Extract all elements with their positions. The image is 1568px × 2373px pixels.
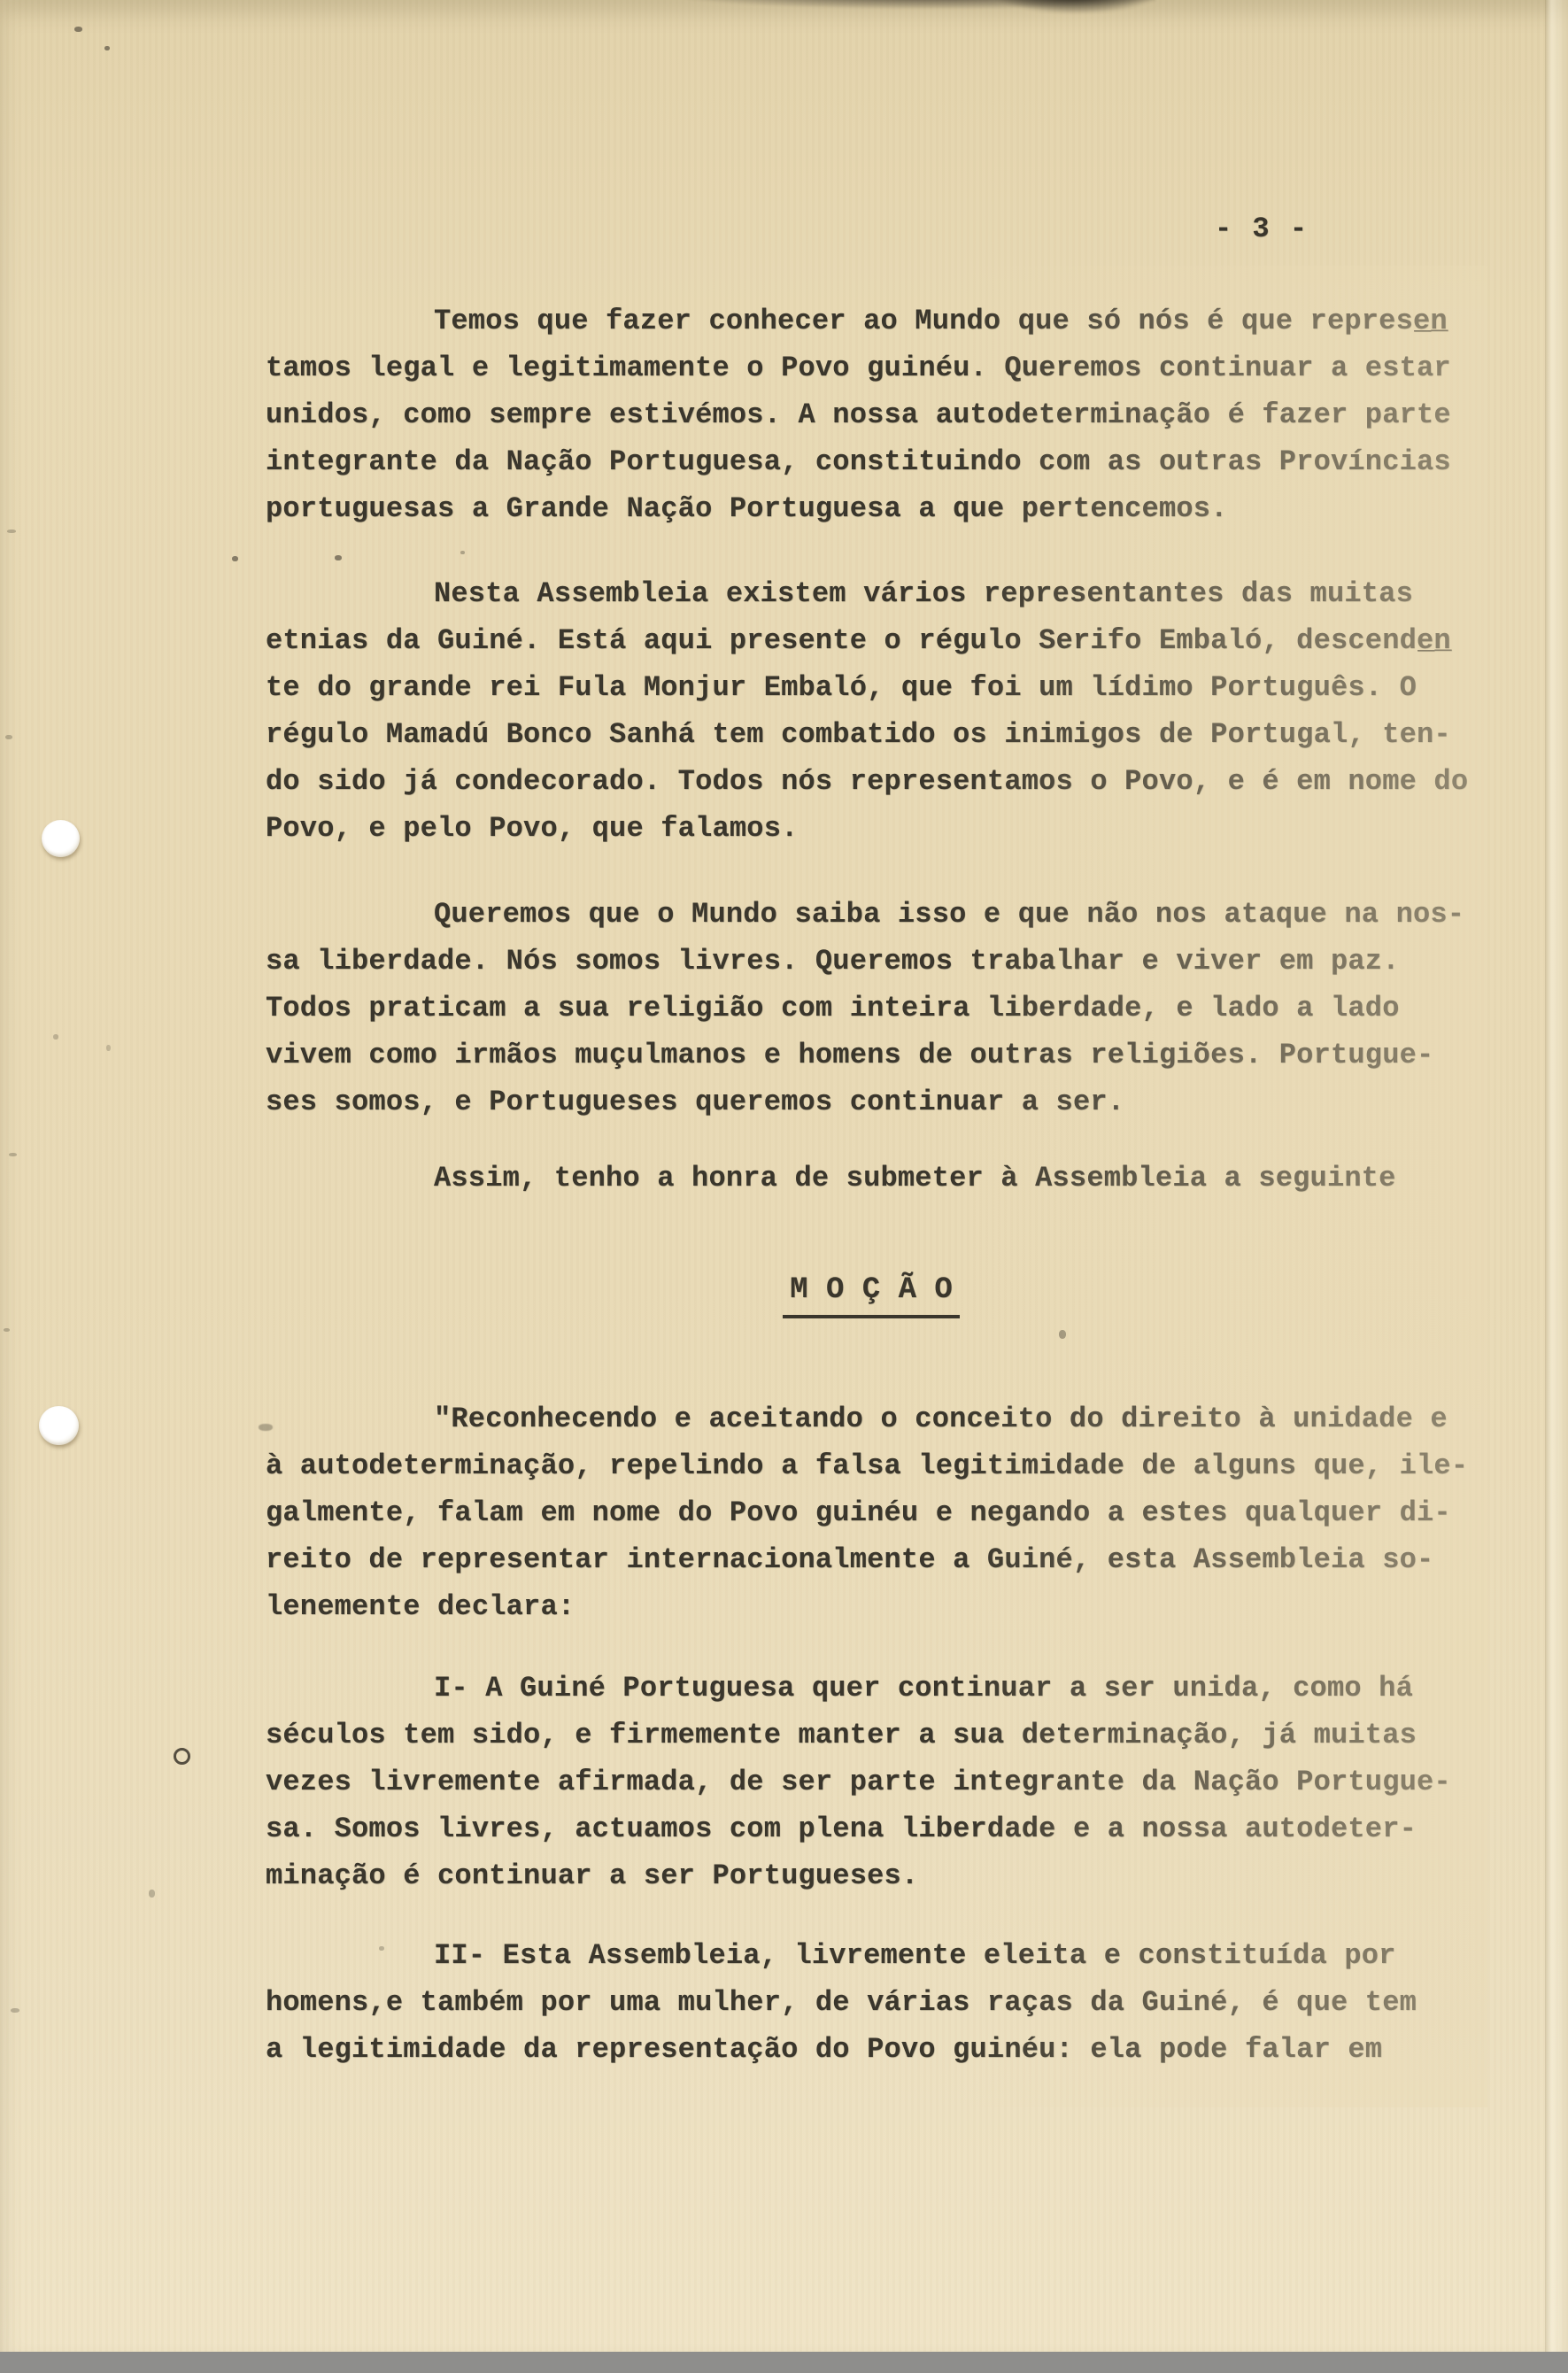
- paragraph-motion-preamble: "Reconhecendo e aceitando o conceito do …: [266, 1395, 1477, 1630]
- edge-speck: [7, 529, 16, 533]
- paragraph-motion-item-2: II- Esta Assembleia, livremente eleita e…: [266, 1932, 1477, 2073]
- margin-speck: [335, 555, 342, 560]
- margin-speck: [1059, 1330, 1066, 1339]
- paragraph-motion-item-1: I- A Guiné Portuguesa quer continuar a s…: [266, 1665, 1477, 1899]
- paragraph-submission: Assim, tenho a honra de submeter à Assem…: [266, 1155, 1477, 1202]
- margin-speck: [53, 1034, 58, 1040]
- edge-speck: [11, 2008, 19, 2013]
- paragraph-liberty: Queremos que o Mundo saiba isso e que nã…: [266, 891, 1477, 1125]
- hole-punch-top: [42, 820, 80, 857]
- edge-speck: [5, 735, 12, 739]
- margin-speck: [106, 1045, 111, 1051]
- margin-speck: [149, 1890, 155, 1898]
- motion-heading-text: M O Ç Ã O: [783, 1273, 960, 1318]
- paper-right-edge: [1545, 0, 1568, 2352]
- hole-punch-bottom: [39, 1406, 79, 1445]
- motion-heading: M O Ç Ã O: [266, 1273, 1477, 1318]
- paragraph-intro: Temos que fazer conhecer ao Mundo que só…: [266, 298, 1477, 532]
- edge-speck: [4, 1328, 10, 1332]
- margin-speck: [379, 1946, 384, 1951]
- page-number: - 3 -: [1215, 213, 1309, 245]
- margin-speck: [104, 46, 110, 50]
- pencil-ring-mark: [174, 1748, 190, 1765]
- margin-speck: [74, 27, 82, 32]
- edge-speck: [9, 1153, 17, 1156]
- paragraph-assembly-ethnias: Nesta Assembleia existem vários represen…: [266, 570, 1477, 852]
- margin-smudge: [259, 1424, 273, 1431]
- margin-speck: [232, 556, 238, 561]
- margin-speck: [460, 551, 465, 554]
- scanned-document-page: - 3 - Temos que fazer conhecer ao Mundo …: [0, 0, 1568, 2373]
